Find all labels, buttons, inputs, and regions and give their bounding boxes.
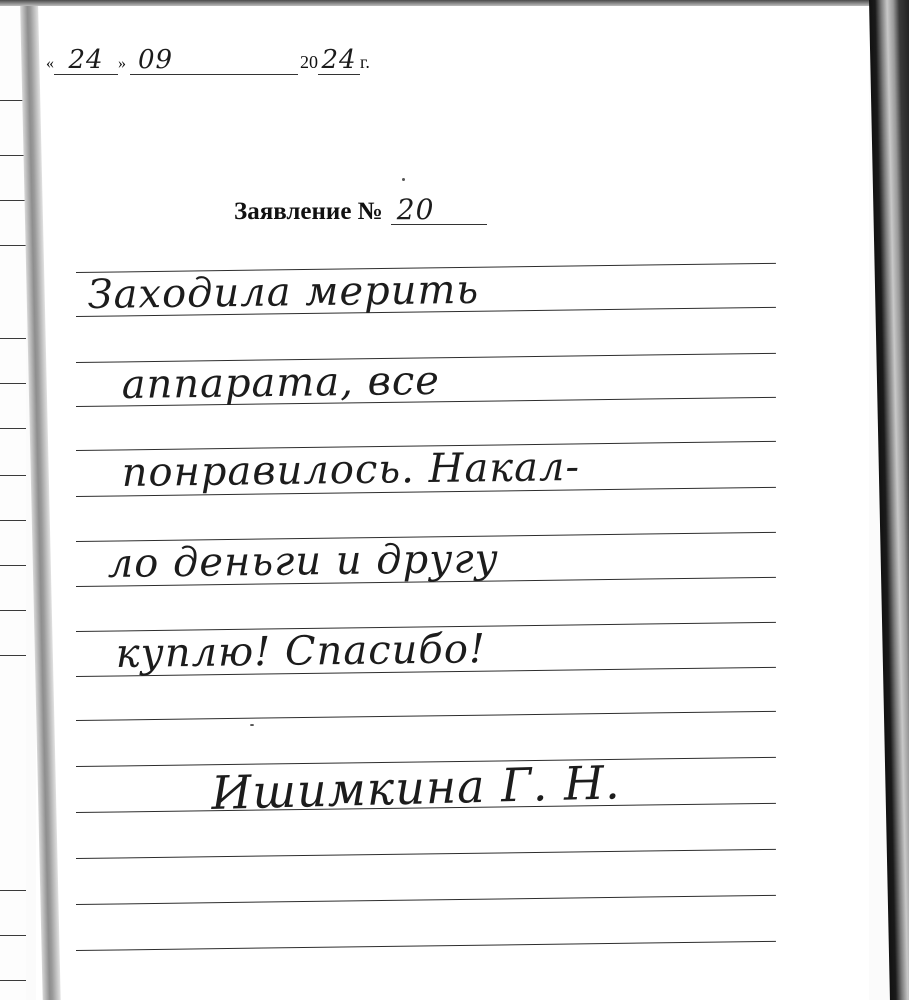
ruled-line — [76, 849, 776, 859]
left-ruled-line — [0, 935, 26, 936]
notebook-page: «24»092024г. Заявление №20 Заходила мери… — [36, 6, 869, 1000]
left-ruled-line — [0, 155, 26, 156]
body-line-1: Заходила мерить — [87, 267, 479, 318]
body-line-2: аппарата, все — [121, 358, 440, 408]
left-ruled-line — [0, 428, 26, 429]
ruled-line — [76, 941, 776, 951]
scan-speck — [402, 178, 405, 181]
left-ruled-line — [0, 520, 26, 521]
ruled-line — [76, 895, 776, 905]
left-ruled-line — [0, 475, 26, 476]
left-ruled-line — [0, 655, 26, 656]
scanned-notebook: «24»092024г. Заявление №20 Заходила мери… — [0, 0, 909, 1000]
left-page-edge — [0, 0, 26, 1000]
top-edge-shadow — [0, 0, 909, 6]
left-ruled-line — [0, 338, 26, 339]
right-binding-edge — [869, 0, 909, 1000]
left-ruled-line — [0, 383, 26, 384]
date-day: 24 — [54, 46, 118, 75]
scan-speck — [250, 724, 254, 726]
body-line-4: ло деньги и другу — [107, 536, 499, 587]
body-line-3: понравилось. Накал- — [121, 444, 580, 496]
date-close-quote: » — [118, 55, 126, 72]
title-label: Заявление № — [234, 198, 383, 225]
left-ruled-line — [0, 565, 26, 566]
date-year-prefix: 20 — [300, 52, 318, 72]
ruled-line — [76, 711, 776, 721]
application-number: 20 — [391, 196, 487, 225]
body-line-5: куплю! Спасибо! — [115, 626, 486, 677]
left-ruled-line — [0, 245, 26, 246]
left-ruled-line — [0, 890, 26, 891]
page-title: Заявление №20 — [234, 196, 487, 226]
date-year-abbrev: г. — [360, 52, 370, 72]
date-open-quote: « — [46, 55, 54, 72]
date-field: «24»092024г. — [46, 46, 370, 75]
left-ruled-line — [0, 610, 26, 611]
date-year: 24 — [318, 46, 360, 75]
left-ruled-line — [0, 980, 26, 981]
left-ruled-line — [0, 200, 26, 201]
signature: Ишимкина Г. Н. — [211, 755, 622, 820]
date-month: 09 — [130, 46, 298, 75]
